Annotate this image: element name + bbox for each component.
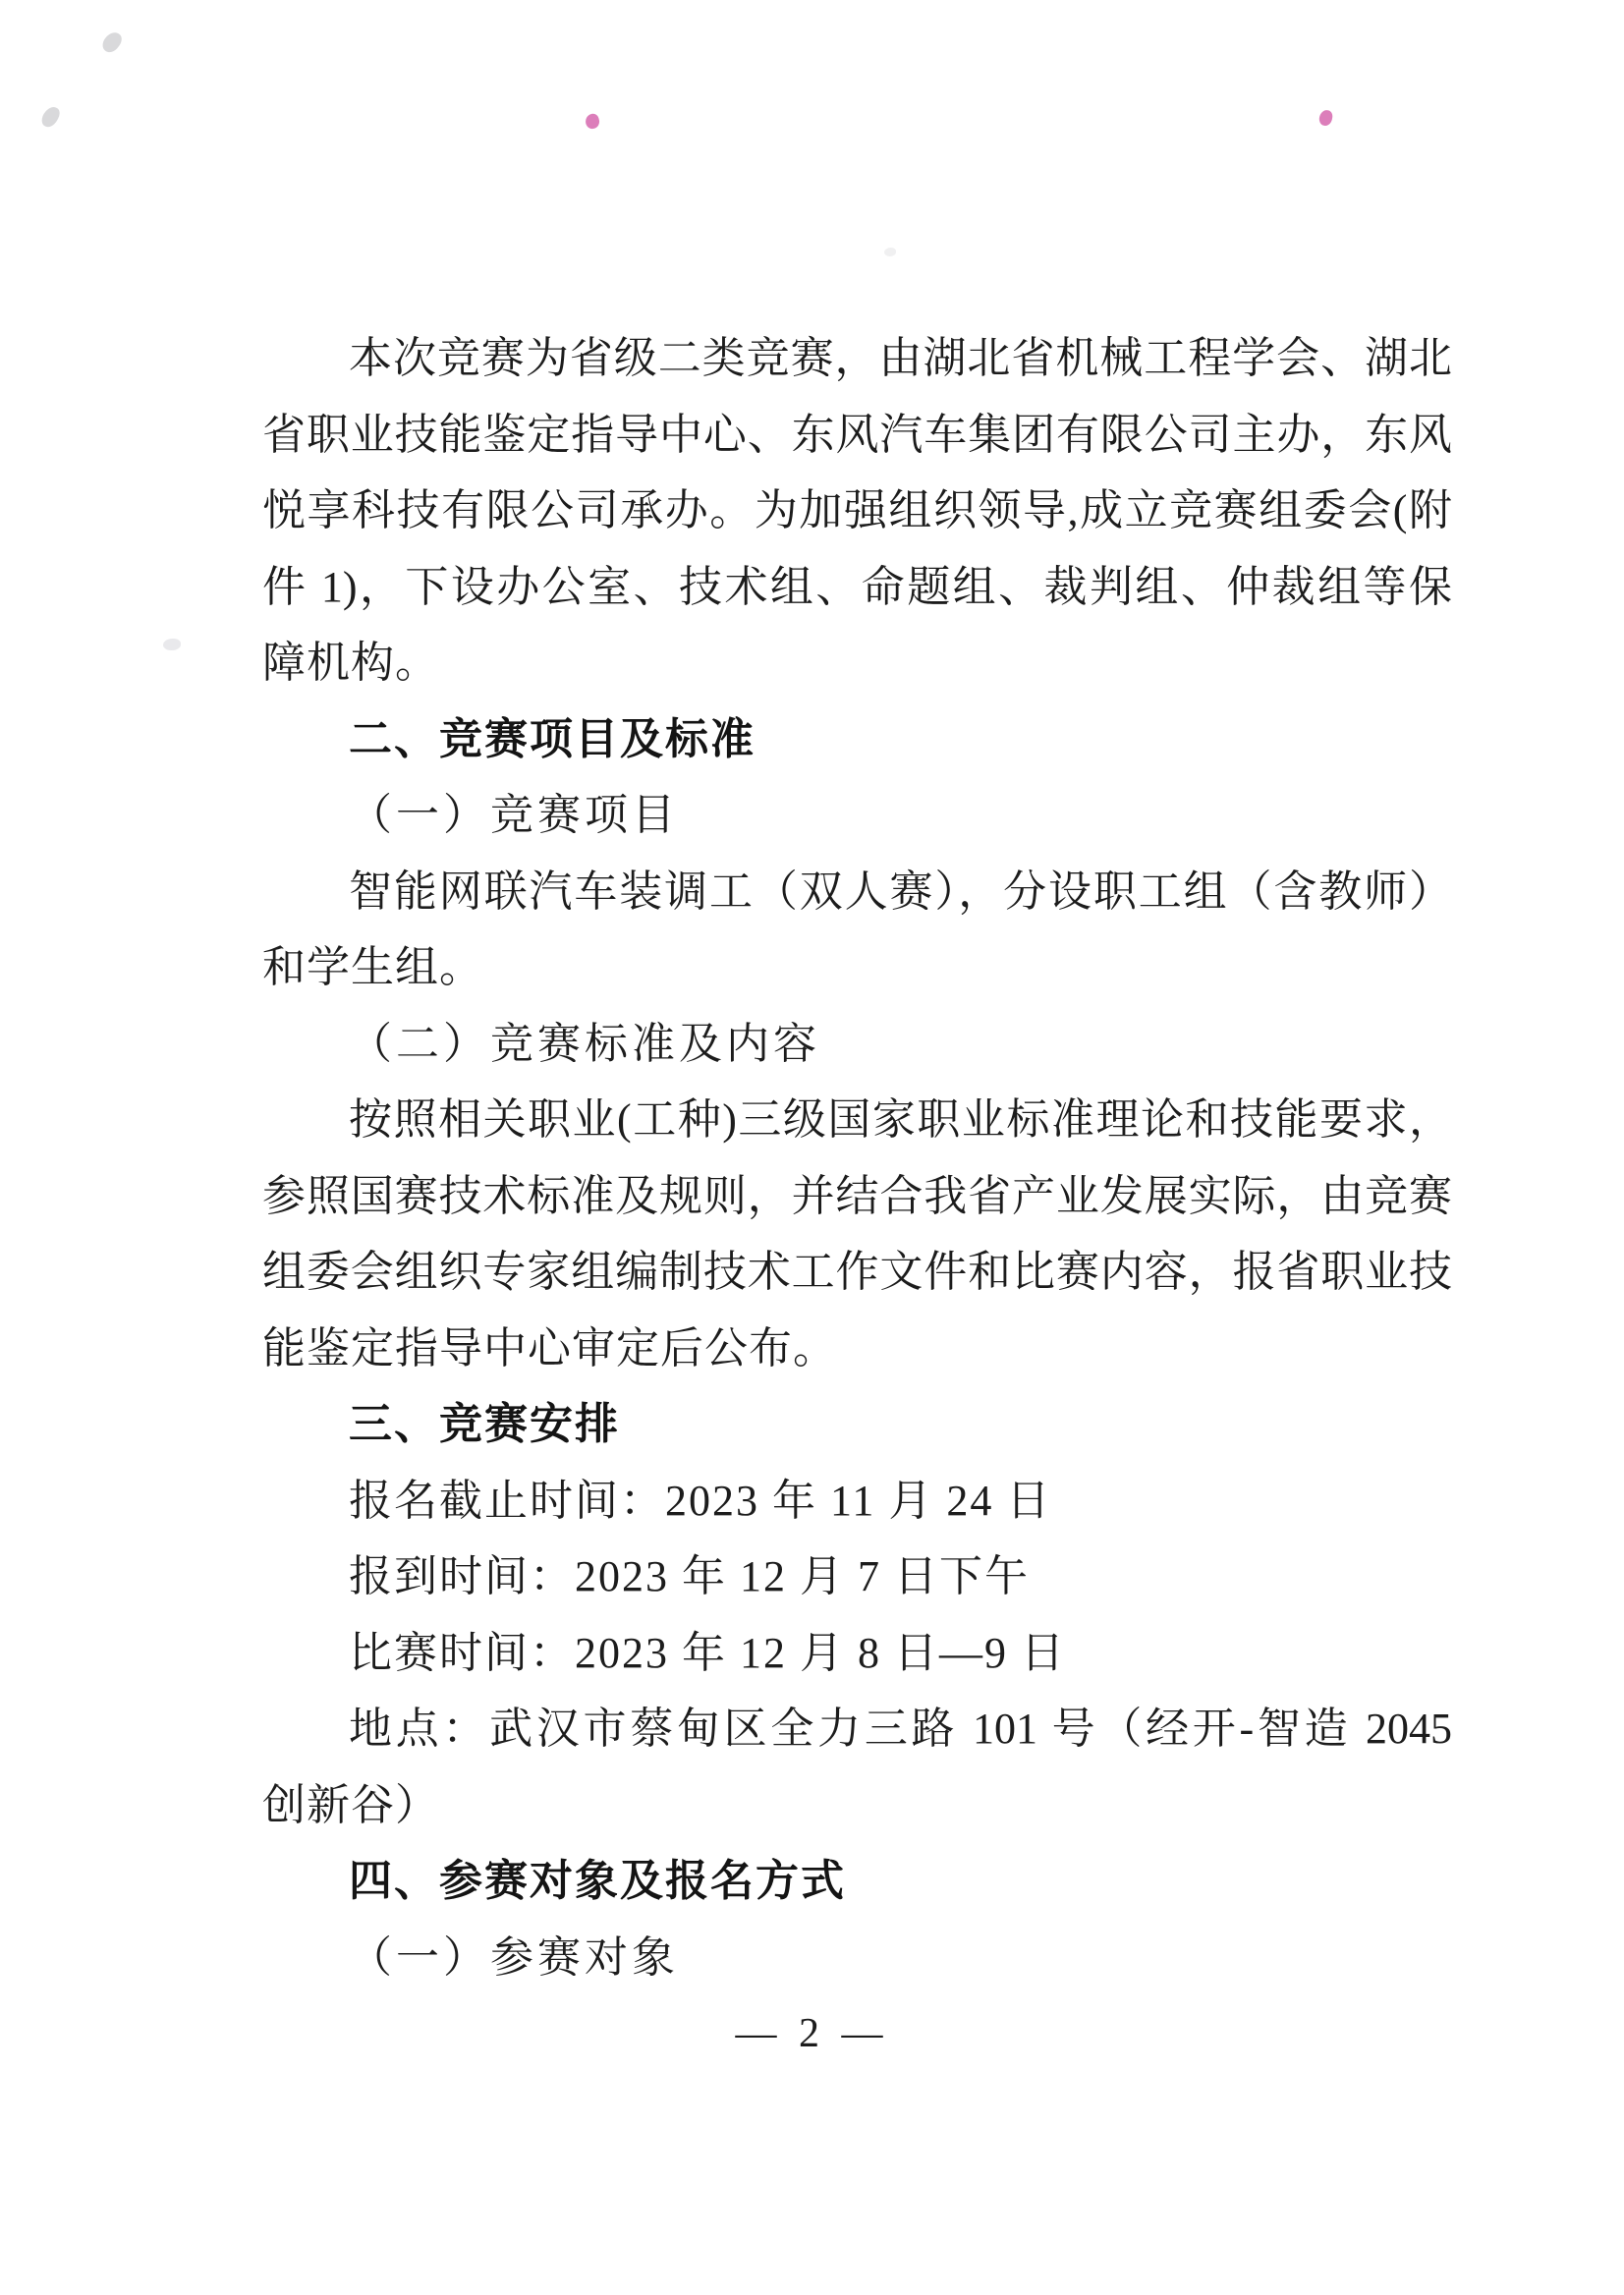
document-page: 本次竞赛为省级二类竞赛，由湖北省机械工程学会、湖北 省职业技能鉴定指导中心、东风… <box>0 0 1624 2295</box>
document-body: 本次竞赛为省级二类竞赛，由湖北省机械工程学会、湖北 省职业技能鉴定指导中心、东风… <box>262 320 1452 1995</box>
subsection-heading-4-1: （一）参赛对象 <box>262 1920 1452 1996</box>
standards-paragraph-line: 能鉴定指导中心审定后公布。 <box>262 1311 1452 1387</box>
subsection-heading-2-1: （一）竞赛项目 <box>262 777 1452 854</box>
intro-paragraph-line: 悦享科技有限公司承办。为加强组织领导,成立竞赛组委会(附 <box>262 473 1452 549</box>
gray-smudge <box>99 28 125 55</box>
intro-paragraph-line: 件 1)，下设办公室、技术组、命题组、裁判组、仲裁组等保 <box>262 549 1452 626</box>
competition-time-line: 比赛时间：2023 年 12 月 8 日—9 日 <box>262 1615 1452 1692</box>
pink-ink-speck <box>1318 109 1334 127</box>
section-heading-2: 二、竞赛项目及标准 <box>262 701 1452 778</box>
standards-paragraph-line: 按照相关职业(工种)三级国家职业标准理论和技能要求， <box>262 1082 1452 1158</box>
standards-paragraph-line: 组委会组织专家组编制技术工作文件和比赛内容，报省职业技 <box>262 1234 1452 1311</box>
page-number: — 2 — <box>0 2004 1624 2063</box>
event-description-line: 智能网联汽车装调工（双人赛），分设职工组（含教师） <box>262 854 1452 930</box>
gray-smudge <box>163 639 181 650</box>
gray-smudge <box>884 248 896 256</box>
standards-paragraph-line: 参照国赛技术标准及规则，并结合我省产业发展实际，由竞赛 <box>262 1158 1452 1235</box>
pink-ink-speck <box>584 112 600 130</box>
section-heading-4: 四、参赛对象及报名方式 <box>262 1843 1452 1920</box>
intro-paragraph-line: 本次竞赛为省级二类竞赛，由湖北省机械工程学会、湖北 <box>262 320 1452 397</box>
section-heading-3: 三、竞赛安排 <box>262 1386 1452 1463</box>
subsection-heading-2-2: （二）竞赛标准及内容 <box>262 1006 1452 1083</box>
event-description-line: 和学生组。 <box>262 929 1452 1006</box>
intro-paragraph-line: 省职业技能鉴定指导中心、东风汽车集团有限公司主办，东风 <box>262 397 1452 474</box>
venue-line: 创新谷） <box>262 1767 1452 1844</box>
venue-line: 地点：武汉市蔡甸区全力三路 101 号（经开-智造 2045 <box>262 1691 1452 1767</box>
intro-paragraph-line: 障机构。 <box>262 625 1452 701</box>
registration-deadline-line: 报名截止时间：2023 年 11 月 24 日 <box>262 1463 1452 1539</box>
gray-smudge <box>39 104 63 131</box>
checkin-time-line: 报到时间：2023 年 12 月 7 日下午 <box>262 1539 1452 1615</box>
